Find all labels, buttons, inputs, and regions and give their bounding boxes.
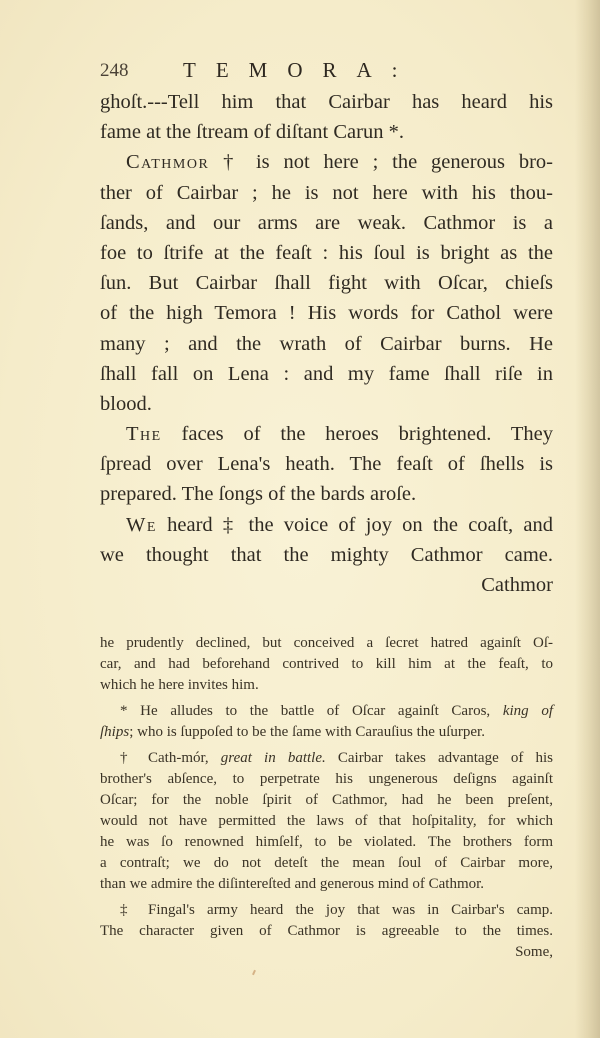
text-line: fame at the ſtream of diſtant Carun *. <box>100 117 553 147</box>
footnote-dagger: † Cath-mór, great in battle. Cairbar tak… <box>100 748 553 895</box>
footnote-line: Oſcar; for the noble ſpirit of Cathmor, … <box>100 790 553 811</box>
footnote-line: he prudently declined, but conceived a ſ… <box>100 633 553 654</box>
text-line: foe to ſtrife at the feaſt : his ſoul is… <box>100 238 553 268</box>
book-page: 248 TEMORA: ghoſt.---Tell him that Cairb… <box>0 0 600 1038</box>
text-line: ſun. But Cairbar ſhall fight with Oſcar,… <box>100 268 553 298</box>
paragraph-start: The faces of the heroes brightened. They <box>100 419 553 449</box>
paragraph-start: Cathmor † is not here ; the generous bro… <box>100 147 553 177</box>
footnote-line: car, and had beforehand contrived to kil… <box>100 654 553 675</box>
footnote-line: ‡ Fingal's army heard the joy that was i… <box>100 900 553 921</box>
footnote-asterisk: * He alludes to the battle of Oſcar agai… <box>100 701 553 743</box>
footnote-text: ; who is ſuppoſed to be the ſame with Ca… <box>129 724 485 740</box>
text-line: ſpread over Lena's heath. The feaſt of ſ… <box>100 449 553 479</box>
footnote-italic: king of <box>503 703 553 719</box>
footnote-text: Cairbar takes advantage of his <box>338 750 553 766</box>
footnote-text: * He alludes to the battle of Oſcar agai… <box>120 703 490 719</box>
smallcaps-word: We <box>126 514 157 536</box>
footnote-line: than we admire the diſintereſted and gen… <box>100 874 553 895</box>
footnote-line: brother's abſence, to perpetrate his ung… <box>100 769 553 790</box>
footnotes: he prudently declined, but conceived a ſ… <box>100 633 553 968</box>
text-line: many ; and the wrath of Cairbar burns. H… <box>100 329 553 359</box>
running-head: 248 TEMORA: <box>100 58 553 82</box>
catchword: Cathmor <box>100 570 553 600</box>
running-title: TEMORA: <box>183 58 418 83</box>
smallcaps-word: The <box>126 423 162 445</box>
footnote-text: † Cath-mór, <box>120 750 209 766</box>
footnote-ref-dagger: † <box>223 151 242 173</box>
text-line: prepared. The ſongs of the bards aroſe. <box>100 479 553 509</box>
page-number: 248 <box>100 60 129 82</box>
footnote-line: which he here invites him. <box>100 675 553 696</box>
footnote-line: † Cath-mór, great in battle. Cairbar tak… <box>100 748 553 769</box>
text-line: blood. <box>100 389 553 419</box>
footnote-line: he was ſo renowned himſelf, to be violat… <box>100 832 553 853</box>
text-line: ſhall fall on Lena : and my fame ſhall r… <box>100 359 553 389</box>
paper-blemish <box>252 970 256 975</box>
footnote-line: * He alludes to the battle of Oſcar agai… <box>100 701 553 722</box>
footnote-continuation: he prudently declined, but conceived a ſ… <box>100 633 553 696</box>
smallcaps-word: Cathmor <box>126 151 209 173</box>
text-line: ghoſt.---Tell him that Cairbar has heard… <box>100 87 553 117</box>
main-text: ghoſt.---Tell him that Cairbar has heard… <box>100 87 553 600</box>
text-fragment: heard ‡ the voice of joy on the coaſt, a… <box>167 514 553 536</box>
text-line: we thought that the mighty Cathmor came. <box>100 540 553 570</box>
text-fragment: faces of the heroes brightened. They <box>182 423 553 445</box>
footnote-italic: great in battle. <box>221 750 326 766</box>
footnote-line: would not have permitted the laws of tha… <box>100 811 553 832</box>
text-line: of the high Temora ! His words for Catho… <box>100 298 553 328</box>
footnote-catchword: Some, <box>100 942 553 963</box>
text-line: ther of Cairbar ; he is not here with hi… <box>100 178 553 208</box>
paragraph-start: We heard ‡ the voice of joy on the coaſt… <box>100 510 553 540</box>
footnote-double-dagger: ‡ Fingal's army heard the joy that was i… <box>100 900 553 963</box>
text-line: ſands, and our arms are weak. Cathmor is… <box>100 208 553 238</box>
footnote-italic: ſhips <box>100 724 129 740</box>
footnote-line: The character given of Cathmor is agreea… <box>100 921 553 942</box>
footnote-line: a contraſt; we do not deteſt the mean ſo… <box>100 853 553 874</box>
text-fragment: is not here ; the generous bro- <box>256 151 553 173</box>
footnote-line: ſhips; who is ſuppoſed to be the ſame wi… <box>100 722 553 743</box>
